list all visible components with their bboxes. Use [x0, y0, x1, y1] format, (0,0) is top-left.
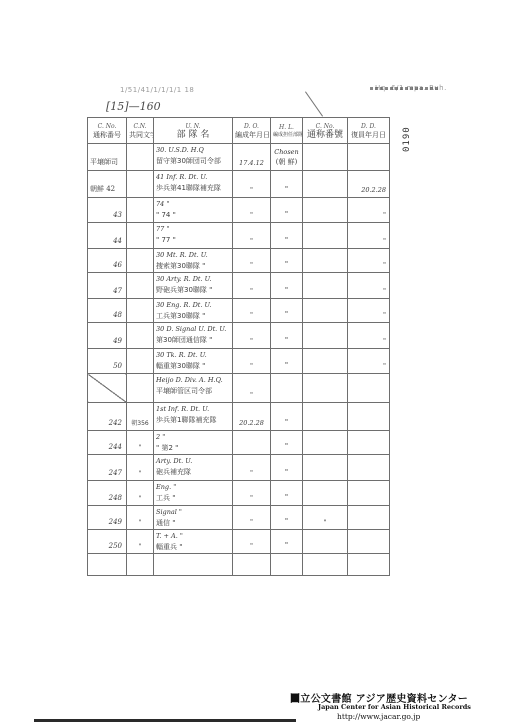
cell-common-code	[127, 249, 154, 273]
cell-location: "	[271, 223, 303, 249]
cell-unit-name: Signal "通信 "	[154, 506, 233, 530]
cell-common-code	[127, 171, 154, 198]
cell-common-name	[303, 144, 348, 171]
unit-name-en: Heijo D. Div. A. H.Q.	[156, 375, 230, 386]
unit-name-jp: " 第2 "	[156, 443, 230, 454]
table-row: 朝鮮 4241 Inf. R. Dt. U.歩兵第41聯隊補充隊""20.2.2…	[88, 171, 390, 198]
cell-common-code	[127, 144, 154, 171]
cell-organized-date: "	[233, 273, 271, 299]
unit-name-jp: 工兵 "	[156, 493, 230, 504]
cell-demobilized-date	[348, 554, 390, 576]
table-row: 250"T. + A. "輜重兵 """	[88, 530, 390, 554]
column-header-jp: 通称番號	[305, 131, 345, 140]
cell-demobilized-date: "	[348, 198, 390, 223]
cell-code-number: 50	[88, 349, 127, 374]
cell-location	[271, 374, 303, 403]
table-row: 5030 Tk. R. Dt. U.輜重第30聯隊 """"	[88, 349, 390, 374]
location-jp: "	[273, 492, 300, 502]
cell-location: "	[271, 249, 303, 273]
cell-common-code	[127, 273, 154, 299]
cell-common-code	[127, 198, 154, 223]
cell-unit-name: T. + A. "輜重兵 "	[154, 530, 233, 554]
cell-location: "	[271, 299, 303, 323]
scribble-mark	[370, 87, 440, 90]
cell-location: "	[271, 431, 303, 455]
location-en: Chosen	[273, 147, 300, 157]
cell-organized-date: "	[233, 455, 271, 481]
cell-organized-date: "	[233, 506, 271, 530]
cell-organized-date: 20.2.28	[233, 403, 271, 431]
unit-name-en: 77 "	[156, 224, 230, 235]
table-row: 4730 Arty. R. Dt. U.野砲兵第30聯隊 """"	[88, 273, 390, 299]
column-header: C.N.共同文字符	[127, 118, 154, 144]
unit-name-jp: 留守第30師団司令部	[156, 156, 230, 167]
cell-code-number: 47	[88, 273, 127, 299]
cell-common-code: "	[127, 431, 154, 455]
cell-organized-date: "	[233, 171, 271, 198]
table-row: 4477 "" 77 """"	[88, 223, 390, 249]
cell-organized-date: "	[233, 299, 271, 323]
cell-code-number	[88, 554, 127, 576]
table-row: 242朝3561st Inf. R. Dt. U.歩兵第1聯隊補充隊20.2.2…	[88, 403, 390, 431]
column-header: H. L.編成担任部隊の所在地	[271, 118, 303, 144]
table-header-row: C. No.通称番号C.N.共同文字符U. N.部 隊 名D. O.編成年月日H…	[88, 118, 390, 144]
cell-common-name	[303, 403, 348, 431]
cell-common-code	[127, 323, 154, 349]
unit-name-jp: 歩兵第1聯隊補充隊	[156, 415, 230, 426]
table-row: 247"Arty. Dt. U.砲兵補充隊""	[88, 455, 390, 481]
unit-name-jp: " 74 "	[156, 210, 230, 221]
cell-common-name	[303, 431, 348, 455]
column-header-en: D. D.	[350, 122, 387, 131]
table-row: 4830 Eng. R. Dt. U.工兵第30聯隊 """"	[88, 299, 390, 323]
table-row: 4374 "" 74 """"	[88, 198, 390, 223]
stamp-number: 0190	[402, 126, 412, 152]
cell-demobilized-date	[348, 374, 390, 403]
unit-name-jp: 輜重兵 "	[156, 542, 230, 553]
cell-location: "	[271, 481, 303, 506]
cell-code-number: 朝鮮 42	[88, 171, 127, 198]
location-jp: "	[273, 285, 300, 295]
column-header: D. O.編成年月日	[233, 118, 271, 144]
location-jp: "	[273, 441, 300, 451]
cell-unit-name: 2 "" 第2 "	[154, 431, 233, 455]
cell-unit-name: 77 "" 77 "	[154, 223, 233, 249]
column-header: D. D.復員年月日	[348, 118, 390, 144]
cell-unit-name: 41 Inf. R. Dt. U.歩兵第41聯隊補充隊	[154, 171, 233, 198]
cell-common-code	[127, 223, 154, 249]
unit-name-jp: 工兵第30聯隊 "	[156, 311, 230, 322]
cell-common-name	[303, 374, 348, 403]
cell-common-code	[127, 299, 154, 323]
location-jp: "	[273, 467, 300, 477]
cell-demobilized-date	[348, 431, 390, 455]
cell-organized-date: 17.4.12	[233, 144, 271, 171]
column-header-en: C.N.	[129, 122, 151, 131]
cell-common-code	[127, 554, 154, 576]
unit-name-en: 30 Tk. R. Dt. U.	[156, 350, 230, 361]
unit-name-jp: 第30師団通信隊 "	[156, 335, 230, 346]
cell-demobilized-date: "	[348, 273, 390, 299]
column-header-en: H. L.	[273, 123, 300, 132]
unit-name-en: 2 "	[156, 432, 230, 443]
cell-common-name	[303, 273, 348, 299]
unit-name-jp: 野砲兵第30聯隊 "	[156, 285, 230, 296]
cell-code-number	[88, 374, 127, 403]
unit-name-en: 30 Arty. R. Dt. U.	[156, 274, 230, 285]
cell-location: "	[271, 455, 303, 481]
table-row: 244"2 "" 第2 ""	[88, 431, 390, 455]
table-row: 平壌師司30. U.S.D. H.Q留守第30師団司令部17.4.12Chose…	[88, 144, 390, 171]
unit-name-jp: 通信 "	[156, 518, 230, 529]
location-jp: "	[273, 235, 300, 245]
cell-common-name	[303, 349, 348, 374]
cell-common-name	[303, 249, 348, 273]
unit-name-en: Signal "	[156, 507, 230, 518]
cell-location: Chosen(朝 鮮)	[271, 144, 303, 171]
table-body: 平壌師司30. U.S.D. H.Q留守第30師団司令部17.4.12Chose…	[88, 144, 390, 576]
unit-ledger-table: C. No.通称番号C.N.共同文字符U. N.部 隊 名D. O.編成年月日H…	[87, 117, 390, 576]
location-jp: "	[273, 309, 300, 319]
cell-common-name	[303, 223, 348, 249]
table-row: 249"Signal "通信 """"	[88, 506, 390, 530]
location-jp: "	[273, 335, 300, 345]
cell-organized-date: "	[233, 349, 271, 374]
location-jp: "	[273, 184, 300, 194]
cell-location: "	[271, 349, 303, 374]
cell-common-code: "	[127, 481, 154, 506]
column-header-en: D. O.	[235, 122, 268, 131]
cell-code-number: 242	[88, 403, 127, 431]
column-header-jp: 共同文字符	[129, 131, 151, 140]
unit-name-en: 74 "	[156, 199, 230, 210]
cell-common-name	[303, 554, 348, 576]
column-header-jp: 通称番号	[90, 131, 124, 140]
unit-name-en: 30 D. Signal U. Dt. U.	[156, 324, 230, 335]
unit-name-jp: 砲兵補充隊	[156, 467, 230, 478]
unit-name-jp: " 77 "	[156, 235, 230, 246]
cell-demobilized-date: "	[348, 349, 390, 374]
cell-location: "	[271, 323, 303, 349]
cell-location: "	[271, 198, 303, 223]
cell-organized-date: "	[233, 323, 271, 349]
cell-organized-date: "	[233, 223, 271, 249]
column-header-jp: 部 隊 名	[156, 131, 230, 140]
cell-demobilized-date: 20.2.28	[348, 171, 390, 198]
cell-common-name: "	[303, 506, 348, 530]
column-header: C. No.通称番號	[303, 118, 348, 144]
location-jp: "	[273, 516, 300, 526]
column-header-jp: 編成年月日	[235, 131, 268, 140]
location-jp: "	[273, 540, 300, 550]
cell-location: "	[271, 403, 303, 431]
cell-organized-date: "	[233, 249, 271, 273]
cell-code-number: 平壌師司	[88, 144, 127, 171]
cell-organized-date: "	[233, 530, 271, 554]
cell-unit-name: 30 Eng. R. Dt. U.工兵第30聯隊 "	[154, 299, 233, 323]
unit-name-jp: 輜重第30聯隊 "	[156, 361, 230, 372]
cell-unit-name: Heijo D. Div. A. H.Q.平壌師管区司令部	[154, 374, 233, 403]
cell-common-code	[127, 374, 154, 403]
cell-common-name	[303, 455, 348, 481]
cell-location	[271, 554, 303, 576]
unit-name-en: 1st Inf. R. Dt. U.	[156, 404, 230, 415]
cell-common-code: 朝356	[127, 403, 154, 431]
cell-unit-name	[154, 554, 233, 576]
cell-common-name	[303, 481, 348, 506]
cell-demobilized-date	[348, 530, 390, 554]
table-row: Heijo D. Div. A. H.Q.平壌師管区司令部"	[88, 374, 390, 403]
cell-common-code: "	[127, 506, 154, 530]
cell-organized-date	[233, 431, 271, 455]
cell-code-number: 250	[88, 530, 127, 554]
location-jp: "	[273, 209, 300, 219]
cell-unit-name: 30 Tk. R. Dt. U.輜重第30聯隊 "	[154, 349, 233, 374]
table-row	[88, 554, 390, 576]
cell-organized-date: "	[233, 374, 271, 403]
cell-demobilized-date	[348, 506, 390, 530]
table-row: 248"Eng. "工兵 """	[88, 481, 390, 506]
unit-name-jp: 平壌師管区司令部	[156, 386, 230, 397]
cell-common-code	[127, 349, 154, 374]
cell-code-number: 49	[88, 323, 127, 349]
cell-common-code: "	[127, 455, 154, 481]
cell-unit-name: 30 D. Signal U. Dt. U.第30師団通信隊 "	[154, 323, 233, 349]
cell-demobilized-date	[348, 455, 390, 481]
cell-demobilized-date: "	[348, 323, 390, 349]
unit-name-jp: 歩兵第41聯隊補充隊	[156, 183, 230, 194]
cell-unit-name: 74 "" 74 "	[154, 198, 233, 223]
table-row: 4930 D. Signal U. Dt. U.第30師団通信隊 """"	[88, 323, 390, 349]
scan-edge-bar	[34, 719, 296, 722]
cell-code-number: 46	[88, 249, 127, 273]
cell-common-name	[303, 323, 348, 349]
location-jp: "	[273, 417, 300, 427]
cell-unit-name: Arty. Dt. U.砲兵補充隊	[154, 455, 233, 481]
footer-org-en: Japan Center for Asian Historical Record…	[318, 703, 471, 711]
cell-unit-name: 1st Inf. R. Dt. U.歩兵第1聯隊補充隊	[154, 403, 233, 431]
column-header: U. N.部 隊 名	[154, 118, 233, 144]
reference-number: [15]—160	[106, 100, 161, 113]
footer-url[interactable]: http://www.jacar.go.jp	[337, 712, 420, 721]
cell-demobilized-date: "	[348, 223, 390, 249]
column-header-en: C. No.	[90, 122, 124, 131]
cell-code-number: 247	[88, 455, 127, 481]
location-jp: "	[273, 259, 300, 269]
cell-code-number: 48	[88, 299, 127, 323]
cell-location: "	[271, 530, 303, 554]
cell-code-number: 43	[88, 198, 127, 223]
cell-location: "	[271, 506, 303, 530]
column-header: C. No.通称番号	[88, 118, 127, 144]
cell-unit-name: 30 Mt. R. Dt. U.捜索第30聯隊 "	[154, 249, 233, 273]
column-header-jp: 復員年月日	[350, 131, 387, 140]
unit-name-en: Eng. "	[156, 482, 230, 493]
table-row: 4630 Mt. R. Dt. U.捜索第30聯隊 """"	[88, 249, 390, 273]
cell-code-number: 248	[88, 481, 127, 506]
cell-common-name	[303, 171, 348, 198]
cell-location: "	[271, 171, 303, 198]
unit-name-en: 30 Mt. R. Dt. U.	[156, 250, 230, 261]
cell-demobilized-date	[348, 481, 390, 506]
cell-demobilized-date	[348, 144, 390, 171]
cell-code-number: 249	[88, 506, 127, 530]
faint-header-text: 1/51/41/1/1/1/1 18	[120, 86, 194, 94]
cell-demobilized-date	[348, 403, 390, 431]
cell-organized-date: "	[233, 198, 271, 223]
column-header-jp: 編成担任部隊の所在地	[273, 132, 300, 138]
unit-name-en: Arty. Dt. U.	[156, 456, 230, 467]
cell-unit-name: 30. U.S.D. H.Q留守第30師団司令部	[154, 144, 233, 171]
cell-common-name	[303, 299, 348, 323]
cell-demobilized-date: "	[348, 249, 390, 273]
cell-code-number: 244	[88, 431, 127, 455]
cell-demobilized-date: "	[348, 299, 390, 323]
cell-location: "	[271, 273, 303, 299]
cell-common-name	[303, 198, 348, 223]
cell-organized-date	[233, 554, 271, 576]
unit-name-en: 30 Eng. R. Dt. U.	[156, 300, 230, 311]
location-jp: (朝 鮮)	[273, 157, 300, 167]
unit-name-en: T. + A. "	[156, 531, 230, 542]
cell-organized-date: "	[233, 481, 271, 506]
cell-unit-name: Eng. "工兵 "	[154, 481, 233, 506]
cell-common-name	[303, 530, 348, 554]
unit-name-en: 30. U.S.D. H.Q	[156, 145, 230, 156]
cell-common-code: "	[127, 530, 154, 554]
unit-name-jp: 捜索第30聯隊 "	[156, 261, 230, 272]
cell-code-number: 44	[88, 223, 127, 249]
unit-name-en: 41 Inf. R. Dt. U.	[156, 172, 230, 183]
paper-crease	[305, 91, 323, 116]
cell-unit-name: 30 Arty. R. Dt. U.野砲兵第30聯隊 "	[154, 273, 233, 299]
location-jp: "	[273, 360, 300, 370]
